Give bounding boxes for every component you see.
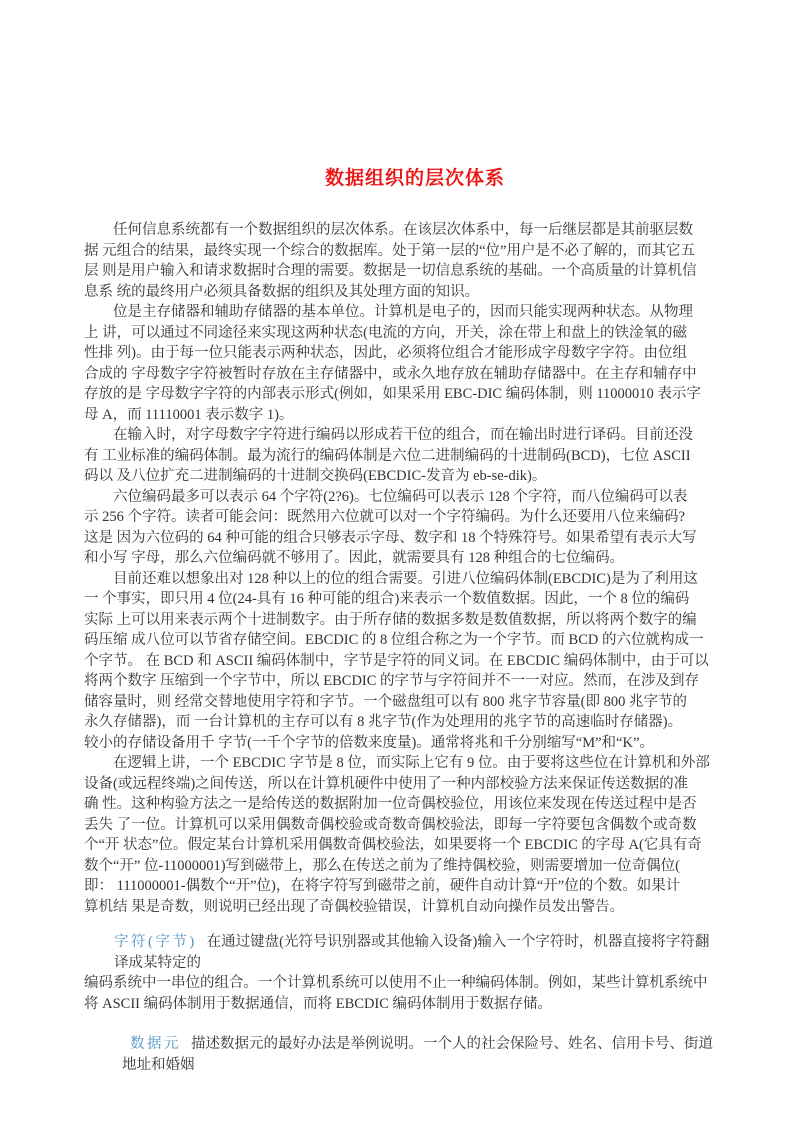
paragraph-parity-check: 在逻辑上讲，一个 EBCDIC 字节是 8 位，而实际上它有 9 位。由于要将这… [84,753,732,917]
paragraph-encoding-systems: 在输入时，对字母数字字符进行编码以形成若干位的组合，而在输出时进行译码。目前还没… [84,425,732,487]
document-content: 数据组织的层次体系 任何信息系统都有一个数据组织的层次体系。在该层次体系中，每一… [84,168,732,1075]
paragraph-term-character-byte: 字符(字节)在通过键盘(光符号识别器或其他输入设备)输入一个字符时，机器直接将字… [84,932,732,973]
document-body: 任何信息系统都有一个数据组织的层次体系。在该层次体系中，每一后继层都是其前驱层数… [84,220,732,1075]
paragraph-ebcdic-bytes: 目前还难以想象出对 128 种以上的位的组合需要。引进八位编码体制(EBCDIC… [84,569,732,754]
term-label-data-element: 数据元 [130,1036,181,1052]
term-label-character-byte: 字符(字节) [114,934,197,950]
term-text-character-byte: 在通过键盘(光符号识别器或其他输入设备)输入一个字符时，机器直接将字符翻 译成某… [114,934,709,971]
document-page: 数据组织的层次体系 任何信息系统都有一个数据组织的层次体系。在该层次体系中，每一… [0,0,794,1123]
paragraph-intro: 任何信息系统都有一个数据组织的层次体系。在该层次体系中，每一后继层都是其前驱层数… [84,220,732,302]
page-title: 数据组织的层次体系 [84,168,732,190]
term-text-data-element: 描述数据元的最好办法是举例说明。一个人的社会保险号、姓名、信用卡号、街道 地址和… [122,1036,713,1073]
paragraph-six-bit-codes: 六位编码最多可以表示 64 个字符(2?6)。七位编码可以表示 128 个字符，… [84,487,732,569]
paragraph-bit-basics: 位是主存储器和辅助存储器的基本单位。计算机是电子的，因而只能实现两种状态。从物理… [84,302,732,425]
paragraph-term-data-element: 数据元描述数据元的最好办法是举例说明。一个人的社会保险号、姓名、信用卡号、街道 … [84,1034,732,1075]
paragraph-encoding-usage: 编码系统中一串位的组合。一个计算机系统可以使用不止一种编码体制。例如，某些计算机… [84,973,732,1014]
